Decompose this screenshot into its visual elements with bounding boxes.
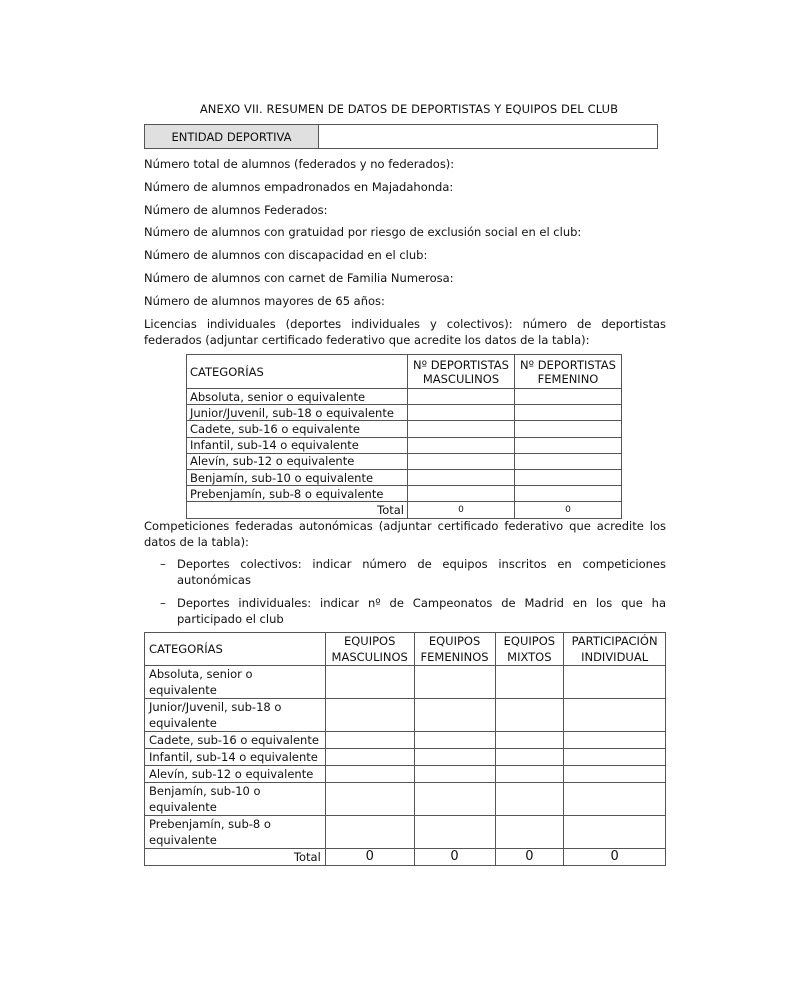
dash-icon: –: [160, 595, 166, 611]
input-cell[interactable]: [414, 666, 495, 699]
licencias-table: CATEGORÍAS Nº DEPORTISTAS MASCULINOS Nº …: [186, 354, 622, 519]
table-row: Junior/Juvenil, sub-18 o equivalente: [145, 699, 666, 732]
table-header-row: CATEGORÍAS Nº DEPORTISTAS MASCULINOS Nº …: [187, 355, 622, 389]
input-cell[interactable]: [515, 405, 622, 421]
input-cell[interactable]: [414, 783, 495, 816]
table-row: Prebenjamín, sub-8 o equivalente: [145, 816, 666, 849]
total-label: Total: [145, 849, 326, 866]
input-cell[interactable]: [414, 749, 495, 766]
total-equipos-masculinos: 0: [325, 849, 414, 866]
licencias-paragraph: Licencias individuales (deportes individ…: [144, 316, 666, 348]
header-categorias: CATEGORÍAS: [187, 355, 408, 389]
category-label: Alevín, sub-12 o equivalente: [187, 453, 408, 469]
entidad-label: ENTIDAD DEPORTIVA: [145, 125, 319, 149]
category-label: Absoluta, senior o equivalente: [145, 666, 326, 699]
input-cell[interactable]: [495, 816, 564, 849]
field-federados: Número de alumnos Federados:: [144, 202, 666, 218]
input-cell[interactable]: [495, 666, 564, 699]
category-label: Benjamín, sub-10 o equivalente: [187, 469, 408, 485]
document-title: ANEXO VII. RESUMEN DE DATOS DE DEPORTIST…: [144, 102, 674, 116]
header-equipos-mixtos: EQUIPOS MIXTOS: [495, 633, 564, 666]
bullet-individuales: – Deportes individuales: indicar nº de C…: [160, 595, 666, 627]
category-label: Infantil, sub-14 o equivalente: [187, 437, 408, 453]
category-label: Prebenjamín, sub-8 o equivalente: [145, 816, 326, 849]
table-row: Prebenjamín, sub-8 o equivalente: [187, 486, 622, 502]
input-cell[interactable]: [325, 666, 414, 699]
category-label: Absoluta, senior o equivalente: [187, 389, 408, 405]
field-gratuidad: Número de alumnos con gratuidad por ries…: [144, 224, 666, 240]
input-cell[interactable]: [408, 469, 515, 485]
category-label: Junior/Juvenil, sub-18 o equivalente: [187, 405, 408, 421]
bullet-text: Deportes colectivos: indicar número de e…: [177, 557, 666, 587]
input-cell[interactable]: [325, 732, 414, 749]
table-row: Junior/Juvenil, sub-18 o equivalente: [187, 405, 622, 421]
input-cell[interactable]: [515, 453, 622, 469]
input-cell[interactable]: [325, 699, 414, 732]
table-row: Infantil, sub-14 o equivalente: [187, 437, 622, 453]
total-row: Total 0 0 0 0: [145, 849, 666, 866]
input-cell[interactable]: [564, 749, 666, 766]
field-empadronados: Número de alumnos empadronados en Majada…: [144, 179, 666, 195]
field-total-alumnos: Número total de alumnos (federados y no …: [144, 156, 666, 172]
table-row: Benjamín, sub-10 o equivalente: [145, 783, 666, 816]
dash-icon: –: [160, 556, 166, 572]
category-label: Junior/Juvenil, sub-18 o equivalente: [145, 699, 326, 732]
input-cell[interactable]: [408, 453, 515, 469]
category-label: Prebenjamín, sub-8 o equivalente: [187, 486, 408, 502]
total-participacion-individual: 0: [564, 849, 666, 866]
input-cell[interactable]: [515, 389, 622, 405]
field-familia-numerosa: Número de alumnos con carnet de Familia …: [144, 270, 666, 286]
input-cell[interactable]: [495, 783, 564, 816]
table-row: Benjamín, sub-10 o equivalente: [187, 469, 622, 485]
table-row: Alevín, sub-12 o equivalente: [187, 453, 622, 469]
input-cell[interactable]: [564, 699, 666, 732]
input-cell[interactable]: [325, 766, 414, 783]
input-cell[interactable]: [414, 699, 495, 732]
input-cell[interactable]: [495, 766, 564, 783]
bullet-text: Deportes individuales: indicar nº de Cam…: [177, 596, 666, 626]
input-cell[interactable]: [408, 486, 515, 502]
input-cell[interactable]: [414, 766, 495, 783]
total-row: Total 0 0: [187, 502, 622, 518]
category-label: Alevín, sub-12 o equivalente: [145, 766, 326, 783]
field-mayores-65: Número de alumnos mayores de 65 años:: [144, 293, 666, 309]
input-cell[interactable]: [414, 816, 495, 849]
input-cell[interactable]: [408, 405, 515, 421]
category-label: Benjamín, sub-10 o equivalente: [145, 783, 326, 816]
input-cell[interactable]: [515, 469, 622, 485]
table-row: Alevín, sub-12 o equivalente: [145, 766, 666, 783]
input-cell[interactable]: [414, 732, 495, 749]
total-masculinos: 0: [408, 502, 515, 518]
input-cell[interactable]: [325, 816, 414, 849]
category-label: Infantil, sub-14 o equivalente: [145, 749, 326, 766]
input-cell[interactable]: [325, 749, 414, 766]
entidad-table: ENTIDAD DEPORTIVA: [144, 124, 658, 149]
category-label: Cadete, sub-16 o equivalente: [187, 421, 408, 437]
competiciones-paragraph: Competiciones federadas autonómicas (adj…: [144, 518, 666, 550]
total-equipos-mixtos: 0: [495, 849, 564, 866]
total-femenino: 0: [515, 502, 622, 518]
table-row: Absoluta, senior o equivalente: [145, 666, 666, 699]
table-row: Absoluta, senior o equivalente: [187, 389, 622, 405]
input-cell[interactable]: [408, 389, 515, 405]
input-cell[interactable]: [408, 421, 515, 437]
table-row: Cadete, sub-16 o equivalente: [187, 421, 622, 437]
input-cell[interactable]: [564, 732, 666, 749]
total-equipos-femeninos: 0: [414, 849, 495, 866]
input-cell[interactable]: [515, 486, 622, 502]
bullet-colectivos: – Deportes colectivos: indicar número de…: [160, 556, 666, 588]
input-cell[interactable]: [564, 816, 666, 849]
competiciones-table: CATEGORÍAS EQUIPOS MASCULINOS EQUIPOS FE…: [144, 632, 666, 866]
field-discapacidad: Número de alumnos con discapacidad en el…: [144, 247, 666, 263]
table-header-row: CATEGORÍAS EQUIPOS MASCULINOS EQUIPOS FE…: [145, 633, 666, 666]
input-cell[interactable]: [564, 666, 666, 699]
input-cell[interactable]: [325, 783, 414, 816]
header-equipos-femeninos: EQUIPOS FEMENINOS: [414, 633, 495, 666]
header-equipos-masculinos: EQUIPOS MASCULINOS: [325, 633, 414, 666]
table-row: Infantil, sub-14 o equivalente: [145, 749, 666, 766]
input-cell[interactable]: [564, 783, 666, 816]
entidad-field[interactable]: [319, 125, 658, 149]
input-cell[interactable]: [408, 437, 515, 453]
header-participacion-individual: PARTICIPACIÓN INDIVIDUAL: [564, 633, 666, 666]
table-row: Cadete, sub-16 o equivalente: [145, 732, 666, 749]
category-label: Cadete, sub-16 o equivalente: [145, 732, 326, 749]
input-cell[interactable]: [495, 732, 564, 749]
input-cell[interactable]: [495, 699, 564, 732]
input-cell[interactable]: [495, 749, 564, 766]
input-cell[interactable]: [564, 766, 666, 783]
total-label: Total: [187, 502, 408, 518]
input-cell[interactable]: [515, 421, 622, 437]
input-cell[interactable]: [515, 437, 622, 453]
header-femenino: Nº DEPORTISTAS FEMENINO: [515, 355, 622, 389]
header-masculinos: Nº DEPORTISTAS MASCULINOS: [408, 355, 515, 389]
header-categorias: CATEGORÍAS: [145, 633, 326, 666]
